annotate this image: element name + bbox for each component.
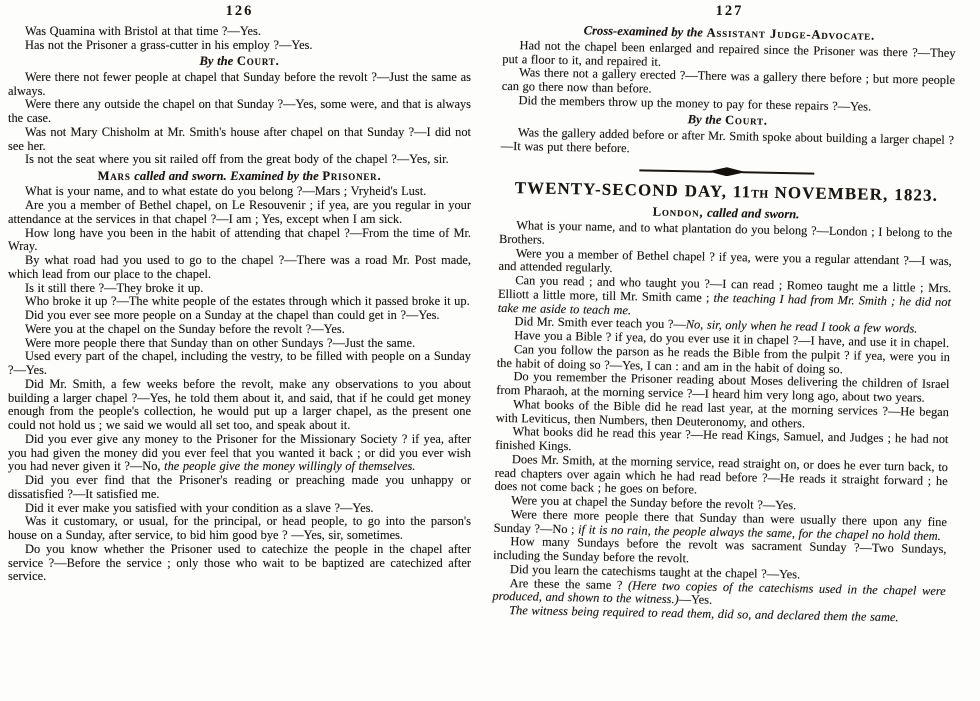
paragraph: Is not the seat where you sit railed off… — [8, 153, 471, 167]
section-heading: Mars called and sworn. Examined by the P… — [8, 170, 471, 184]
paragraph: Is it still there ?—They broke it up. — [8, 282, 471, 296]
text-segment: Was not Mary Chisholm at Mr. Smith's hou… — [8, 125, 471, 153]
divider-rule — [639, 169, 712, 172]
text-segment: called and sworn. — [703, 205, 799, 221]
paragraph: Were there any outside the chapel on tha… — [8, 98, 471, 126]
text-segment: Prisoner. — [322, 169, 381, 183]
paragraph: Did you ever see more people on a Sunday… — [8, 309, 471, 323]
text-segment: Do you know whether the Prisoner used to… — [8, 542, 471, 584]
text-segment: Is it still there ?—They broke it up. — [25, 281, 203, 295]
page-right: 127 Cross-examined by the Assistant Judg… — [490, 0, 980, 701]
text-segment: Mars — [98, 169, 131, 183]
page-number-left: 126 — [8, 3, 471, 20]
paragraph: Was not Mary Chisholm at Mr. Smith's hou… — [8, 126, 471, 154]
paragraph: Are you a member of Bethel chapel, on Le… — [8, 199, 471, 227]
text-segment: Court. — [725, 112, 768, 127]
paragraph: Were more people there that Sunday than … — [8, 337, 471, 351]
divider-rule — [742, 171, 815, 174]
diamond-ornament — [708, 166, 746, 176]
text-segment: TWENTY-SECOND DAY, 11 — [515, 178, 752, 201]
text-segment: Does Mr. Smith, at the morning service, … — [494, 451, 948, 496]
paragraph: Was it customary, or usual, for the prin… — [8, 515, 471, 543]
section-divider-ornament — [639, 165, 814, 177]
text-segment: Cross-examined by the — [584, 23, 707, 39]
paragraph: Who broke it up ?—The white people of th… — [8, 295, 471, 309]
text-segment: called and sworn. Examined by the — [131, 169, 323, 183]
page-left-text: Was Quamina with Bristol at that time ?—… — [8, 25, 471, 584]
paragraph: By what road had you used to go to the c… — [8, 254, 471, 282]
page-left: 126 Was Quamina with Bristol at that tim… — [0, 0, 490, 701]
paragraph: How long have you been in the habit of a… — [8, 227, 471, 255]
text-segment: Was it customary, or usual, for the prin… — [8, 514, 471, 542]
text-segment: Court. — [237, 54, 280, 68]
text-segment: Assistant Judge-Advocate. — [706, 25, 875, 42]
text-segment: Were more people there that Sunday than … — [25, 336, 415, 350]
paragraph: Did Mr. Smith, a few weeks before the re… — [8, 378, 471, 433]
text-segment: Was Quamina with Bristol at that time ?—… — [25, 24, 261, 38]
text-segment: Has not the Prisoner a grass-cutter in h… — [25, 38, 313, 52]
text-segment: NOVEMBER, 1823. — [769, 183, 939, 205]
book-spread: 126 Was Quamina with Bristol at that tim… — [0, 0, 980, 701]
paragraph: Was Quamina with Bristol at that time ?—… — [8, 25, 471, 39]
text-segment: Are you a member of Bethel chapel, on Le… — [8, 198, 471, 226]
text-segment: Were there not fewer people at chapel th… — [8, 70, 471, 98]
paragraph: Did you ever give any money to the Priso… — [8, 433, 471, 474]
text-segment: What is your name, and to what estate do… — [25, 184, 426, 198]
paragraph: Were there not fewer people at chapel th… — [8, 71, 471, 99]
paragraph: Did you ever find that the Prisoner's re… — [8, 474, 471, 502]
paragraph: Did it ever make you satisfied with your… — [8, 502, 471, 516]
text-segment: By the — [688, 112, 726, 127]
text-segment: —Yes. — [679, 592, 713, 607]
text-segment: Did Mr. Smith, a few weeks before the re… — [8, 377, 471, 432]
text-segment: Is not the seat where you sit railed off… — [25, 152, 449, 166]
text-segment: London, — [653, 204, 704, 219]
paragraph: Do you know whether the Prisoner used to… — [8, 543, 471, 584]
text-segment: Were there any outside the chapel on tha… — [8, 97, 471, 125]
text-segment: Were you at the chapel on the Sunday bef… — [25, 322, 345, 336]
text-segment: Who broke it up ?—The white people of th… — [25, 294, 470, 308]
text-segment: Used every part of the chapel, including… — [8, 349, 471, 377]
page-right-text: Cross-examined by the Assistant Judge-Ad… — [492, 22, 956, 625]
text-segment: the people give the money willingly of t… — [164, 459, 415, 473]
paragraph: Were you at the chapel on the Sunday bef… — [8, 323, 471, 337]
page-number-right: 127 — [503, 3, 956, 20]
text-segment: How long have you been in the habit of a… — [8, 226, 471, 254]
paragraph: What is your name, and to what estate do… — [8, 185, 471, 199]
text-segment: Did it ever make you satisfied with your… — [25, 501, 374, 515]
text-segment: TH — [751, 188, 769, 200]
text-segment: By what road had you used to go to the c… — [8, 253, 471, 281]
paragraph: Has not the Prisoner a grass-cutter in h… — [8, 39, 471, 53]
text-segment: Did you ever see more people on a Sunday… — [25, 308, 440, 322]
text-segment: Did you ever find that the Prisoner's re… — [8, 473, 471, 501]
section-heading: By the Court. — [8, 55, 471, 69]
text-segment: By the — [199, 54, 236, 68]
paragraph: Used every part of the chapel, including… — [8, 350, 471, 378]
